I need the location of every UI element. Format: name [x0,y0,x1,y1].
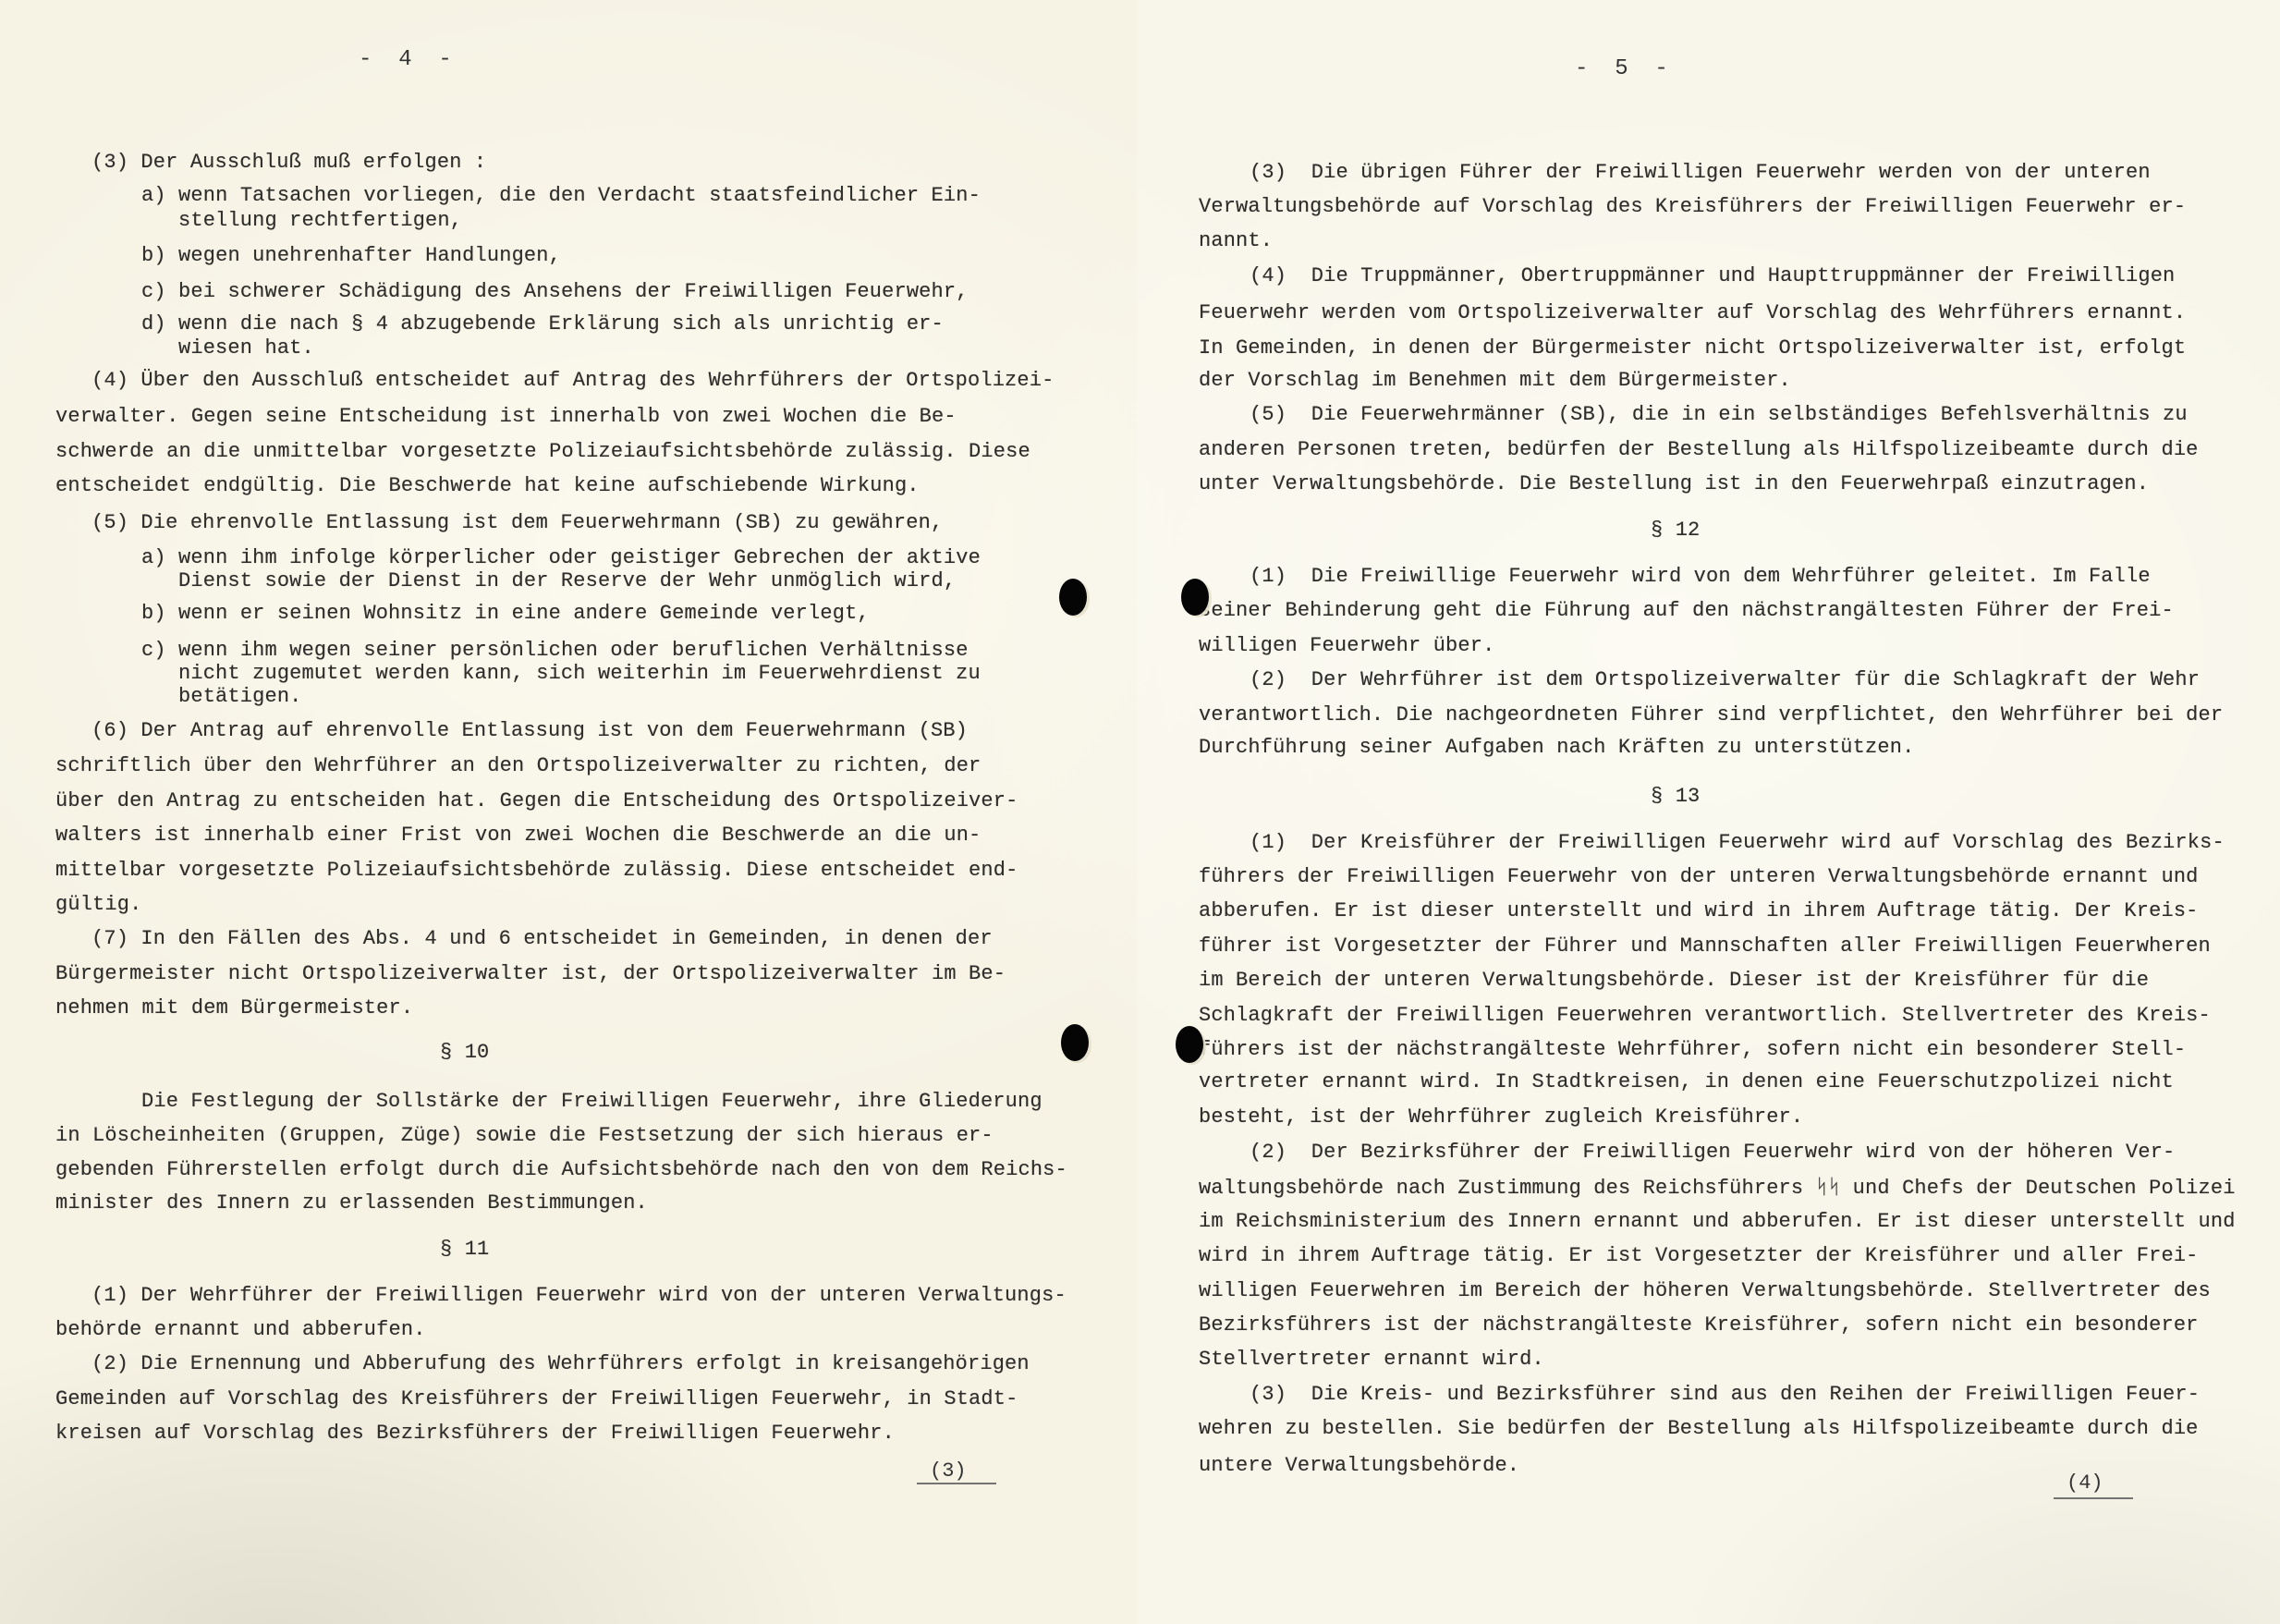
text-line: nehmen mit dem Bürgermeister. [55,996,413,1020]
section-heading: § 11 [440,1238,489,1262]
section-heading: § 10 [440,1041,489,1065]
text-line: (7) In den Fällen des Abs. 4 und 6 entsc… [91,927,993,951]
punch-hole-icon [1061,1024,1089,1061]
page-number-5: - 5 - [1575,56,1668,82]
text-line: führers der Freiwilligen Feuerwehr von d… [1199,865,2199,889]
text-line: Durchführung seiner Aufgaben nach Kräfte… [1199,736,1914,760]
text-line: kreisen auf Vorschlag des Bezirksführers… [55,1422,895,1446]
text-line: Dienst sowie der Dienst in der Reserve d… [178,569,956,593]
text-line: d) wenn die nach § 4 abzugebende Erkläru… [141,312,944,336]
text-line: (3) Der Ausschluß muß erfolgen : [91,151,486,175]
page-4: - 4 - (3) Der Ausschluß muß erfolgen :a)… [0,0,1137,1624]
text-line: b) wenn er seinen Wohnsitz in eine ander… [141,602,870,626]
text-line: stellung rechtfertigen, [178,209,462,233]
text-line: vertreter ernannt wird. In Stadtkreisen,… [1199,1070,2174,1094]
text-line: gültig. [55,893,141,917]
text-line: untere Verwaltungsbehörde. [1199,1454,1519,1478]
text-line: willigen Feuerwehr über. [1199,634,1494,658]
text-line: verwalter. Gegen seine Entscheidung ist … [55,405,957,429]
text-line: in Löscheinheiten (Gruppen, Züge) sowie … [55,1124,994,1148]
text-line: gebenden Führerstellen erfolgt durch die… [55,1158,1067,1182]
text-line: besteht, ist der Wehrführer zugleich Kre… [1199,1105,1803,1129]
text-line: anderen Personen treten, bedürfen der Be… [1199,438,2199,462]
text-line: Schlagkraft der Freiwilligen Feuerwehren… [1199,1004,2211,1028]
text-line: nicht zugemutet werden kann, sich weiter… [178,662,981,686]
text-line: verantwortlich. Die nachgeordneten Führe… [1199,703,2223,727]
section-heading: § 13 [1651,785,1700,809]
page-5: - 5 - (3) Die übrigen Führer der Freiwil… [1137,0,2280,1624]
text-line: wiesen hat. [178,336,314,360]
text-line: über den Antrag zu entscheiden hat. Gege… [55,789,1018,813]
text-line: führer ist Vorgesetzter der Führer und M… [1199,934,2211,959]
text-line: Stellvertreter ernannt wird. [1199,1348,1544,1372]
text-line: (1) Die Freiwillige Feuerwehr wird von d… [1250,565,2151,589]
text-line: (2) Der Wehrführer ist dem Ortspolizeive… [1250,668,2200,692]
text-line: (1) Der Kreisführer der Freiwilligen Feu… [1250,831,2225,855]
text-line: mittelbar vorgesetzte Polizeiaufsichtsbe… [55,859,1018,883]
text-line: (2) Der Bezirksführer der Freiwilligen F… [1250,1141,2175,1165]
page-footer-continuation-3: (3) [930,1459,967,1484]
text-line: behörde ernannt und abberufen. [55,1318,426,1342]
text-line: Die Festlegung der Sollstärke der Freiwi… [141,1090,1042,1114]
text-line: (5) Die Feuerwehrmänner (SB), die in ein… [1250,403,2188,427]
text-line: (6) Der Antrag auf ehrenvolle Entlassung… [91,719,968,743]
text-line: c) wenn ihm wegen seiner persönlichen od… [141,639,969,663]
text-line: unter Verwaltungsbehörde. Die Bestellung… [1199,472,2149,496]
punch-hole-icon [1181,579,1209,616]
page-number-4: - 4 - [359,47,452,73]
text-line: (4) Über den Ausschluß entscheidet auf A… [91,369,1054,393]
text-line: wird in ihrem Auftrage tätig. Er ist Vor… [1199,1244,2199,1268]
text-line: (1) Der Wehrführer der Freiwilligen Feue… [91,1284,1067,1308]
footer-underline [917,1483,996,1484]
text-line: nannt. [1199,229,1273,253]
text-line: a) wenn ihm infolge körperlicher oder ge… [141,546,981,570]
text-line: betätigen. [178,685,302,709]
text-line: (3) Die Kreis- und Bezirksführer sind au… [1250,1383,2200,1407]
text-line: Gemeinden auf Vorschlag des Kreisführers… [55,1387,1018,1411]
text-line: Verwaltungsbehörde auf Vorschlag des Kre… [1199,195,2186,219]
text-line: Bürgermeister nicht Ortspolizeiverwalter… [55,962,1006,986]
text-line: (3) Die übrigen Führer der Freiwilligen … [1250,161,2151,185]
text-line: (2) Die Ernennung und Abberufung des Weh… [91,1352,1030,1376]
footer-underline [2054,1497,2133,1499]
text-line: b) wegen unehrenhafter Handlungen, [141,244,561,268]
punch-hole-icon [1059,579,1087,616]
text-line: im Bereich der unteren Verwaltungsbehörd… [1199,969,2149,993]
text-line: schriftlich über den Wehrführer an den O… [55,754,981,778]
text-line: entscheidet endgültig. Die Beschwerde ha… [55,474,920,498]
punch-hole-icon [1176,1026,1203,1063]
text-line: waltungsbehörde nach Zustimmung des Reic… [1199,1177,2236,1201]
text-line: Bezirksführers ist der nächstrangälteste… [1199,1313,2199,1337]
text-line: (4) Die Truppmänner, Obertruppmänner und… [1250,264,2175,288]
text-line: In Gemeinden, in denen der Bürgermeister… [1199,336,2186,360]
section-heading: § 12 [1651,519,1700,543]
text-line: der Vorschlag im Benehmen mit dem Bürger… [1199,369,1791,393]
text-line: Feuerwehr werden vom Ortspolizeiverwalte… [1199,301,2186,325]
text-line: im Reichsministerium des Innern ernannt … [1199,1210,2236,1234]
text-line: a) wenn Tatsachen vorliegen, die den Ver… [141,184,981,208]
text-line: minister des Innern zu erlassenden Besti… [55,1191,648,1215]
text-line: abberufen. Er ist dieser unterstellt und… [1199,899,2199,923]
text-line: wehren zu bestellen. Sie bedürfen der Be… [1199,1417,2199,1441]
page-footer-continuation-4: (4) [2067,1471,2103,1496]
text-line: schwerde an die unmittelbar vorgesetzte … [55,440,1030,464]
text-line: c) bei schwerer Schädigung des Ansehens … [141,280,969,304]
text-line: (5) Die ehrenvolle Entlassung ist dem Fe… [91,511,943,535]
text-line: seiner Behinderung geht die Führung auf … [1199,599,2174,623]
text-line: führers ist der nächstrangälteste Wehrfü… [1199,1038,2186,1062]
text-line: willigen Feuerwehren im Bereich der höhe… [1199,1279,2211,1303]
text-line: walters ist innerhalb einer Frist von zw… [55,824,981,848]
